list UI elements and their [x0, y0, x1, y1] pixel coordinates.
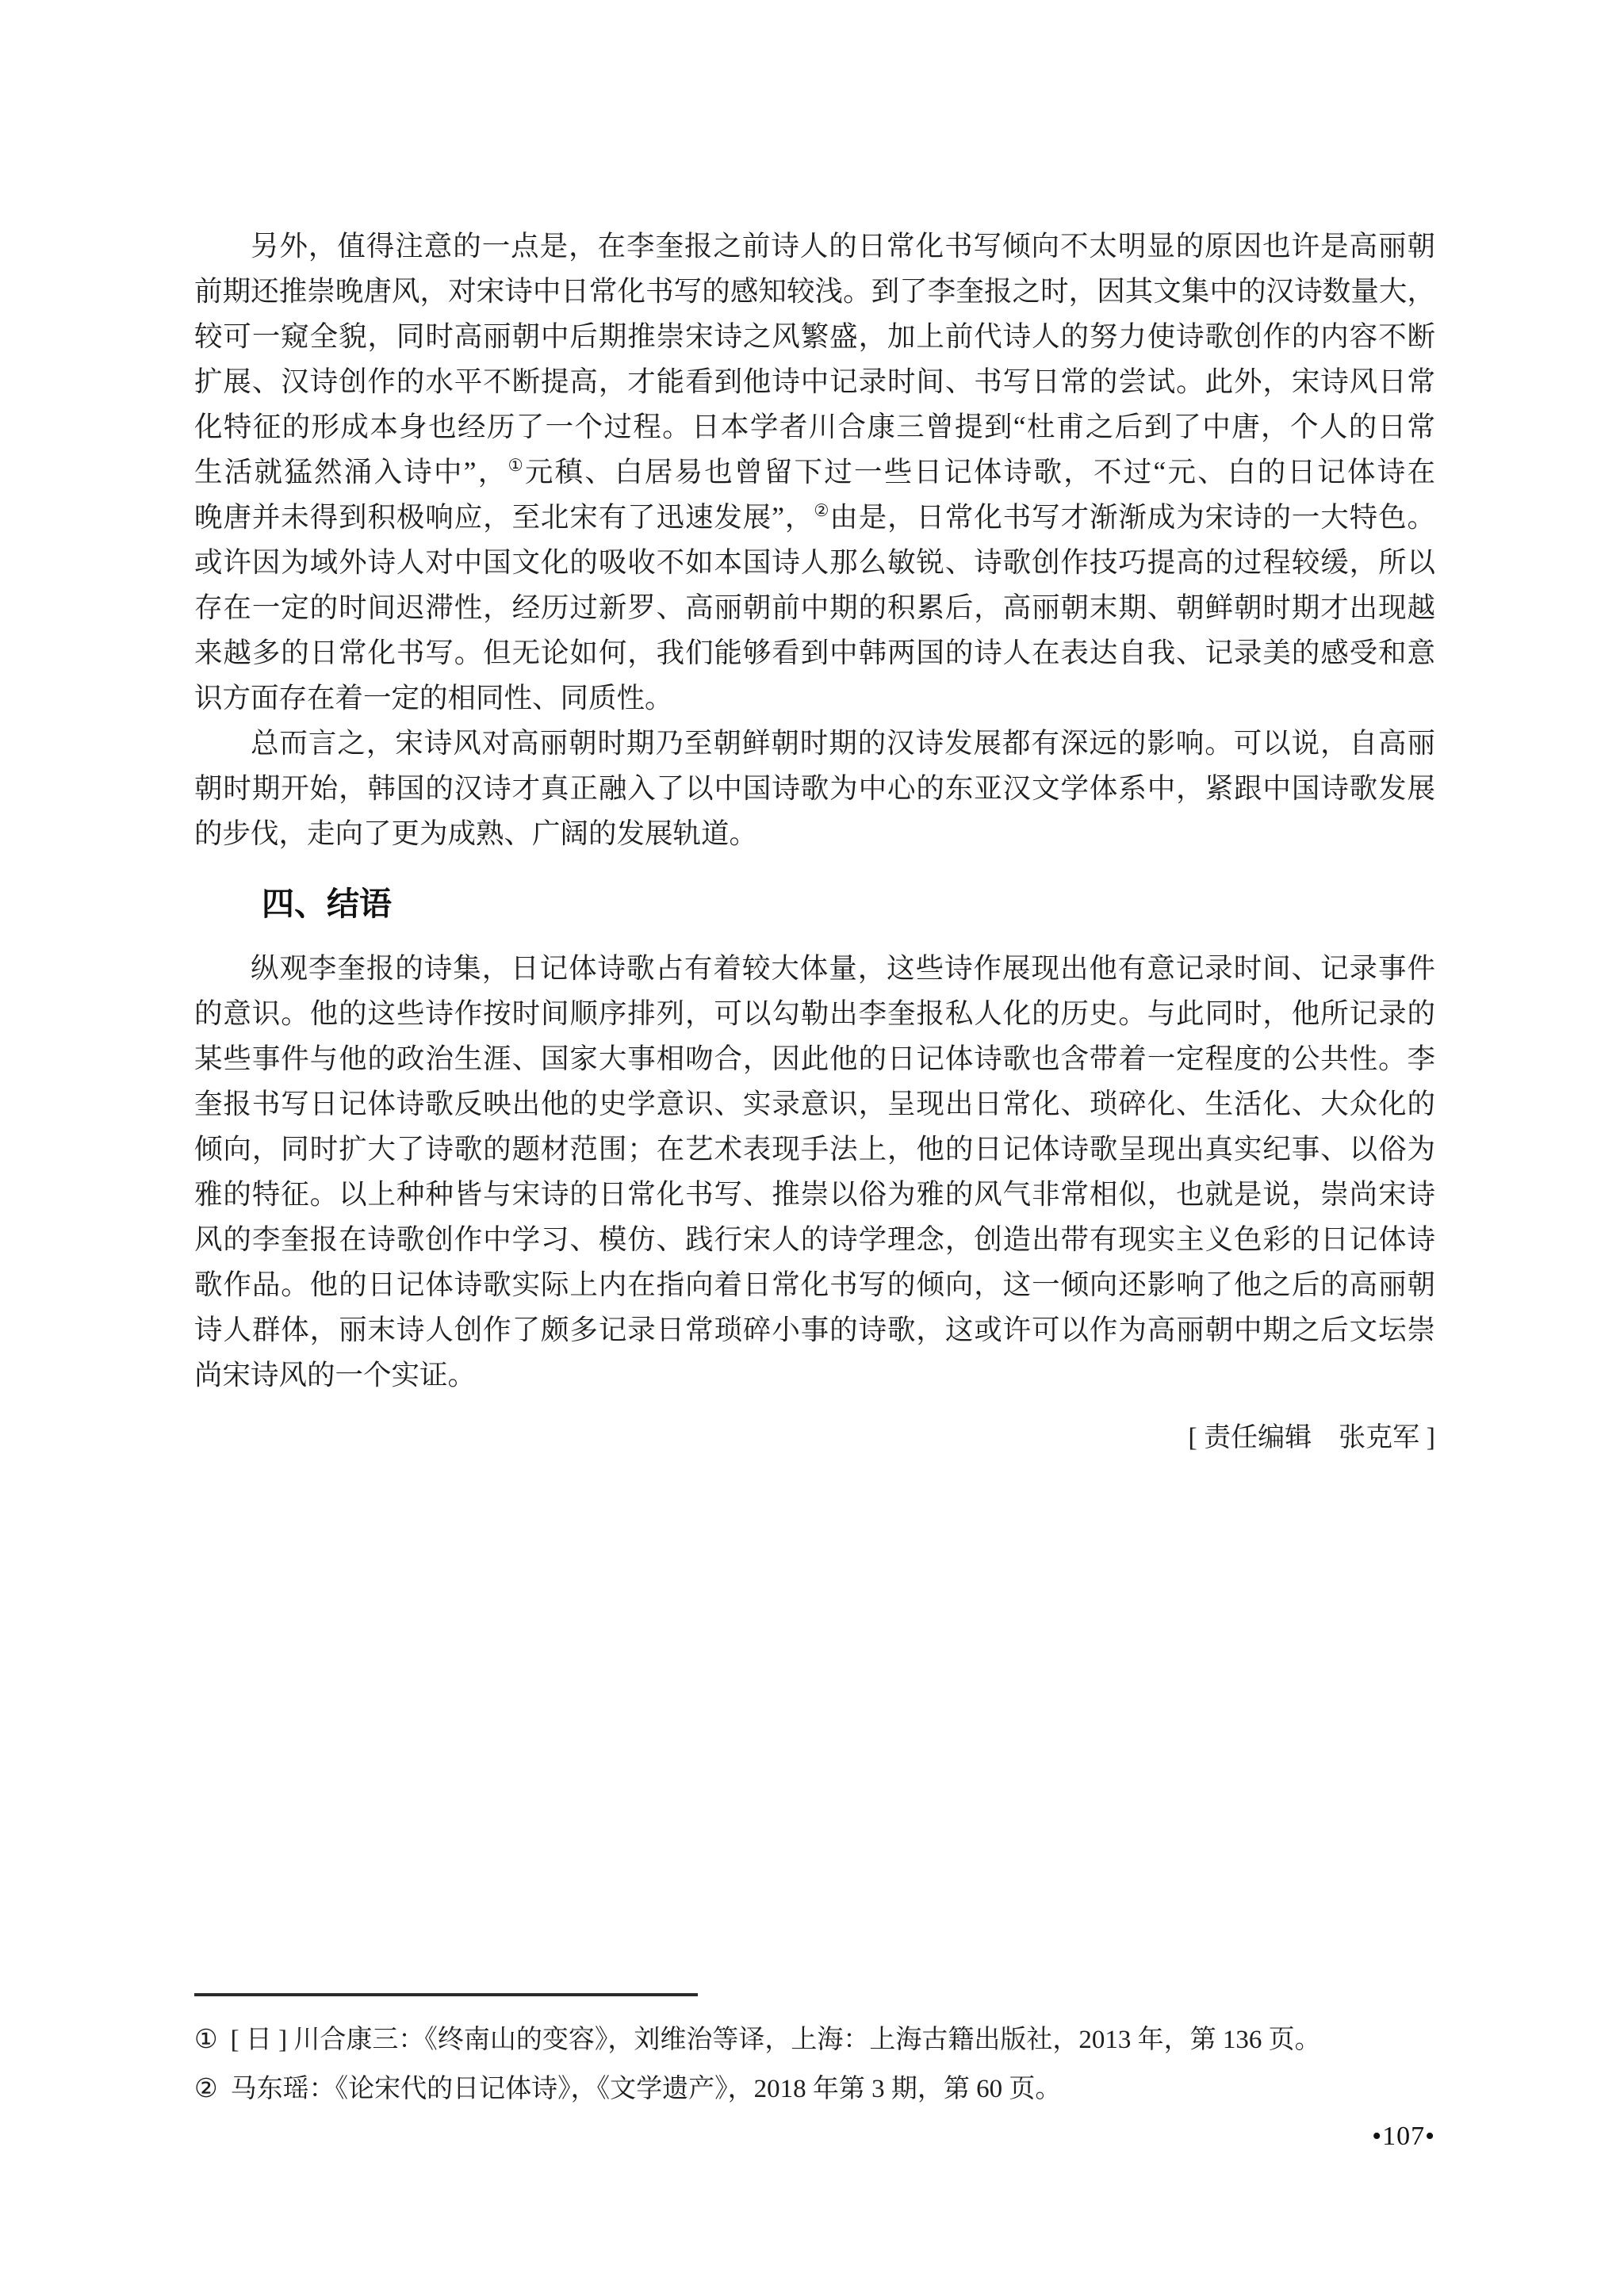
- body-line: 倾向，同时扩大了诗歌的题材范围；在艺术表现手法上，他的日记体诗歌呈现出真实纪事、…: [194, 1127, 1435, 1172]
- section-heading-conclusion: 四、结语: [262, 882, 1435, 927]
- body-line: 来越多的日常化书写。但无论如何，我们能够看到中韩两国的诗人在表达自我、记录美的感…: [194, 630, 1435, 675]
- body-line: 另外，值得注意的一点是，在李奎报之前诗人的日常化书写倾向不太明显的原因也许是高丽…: [194, 224, 1435, 269]
- footnote-divider: [194, 1993, 698, 1996]
- body-paragraph-2: 总而言之，宋诗风对高丽朝时期乃至朝鲜朝时期的汉诗发展都有深远的影响。可以说，自高…: [194, 721, 1435, 856]
- footnote-text: [ 日 ] 川合康三：《终南山的变容》，刘维治等译，上海：上海古籍出版社，201…: [231, 2015, 1435, 2064]
- body-line: 总而言之，宋诗风对高丽朝时期乃至朝鲜朝时期的汉诗发展都有深远的影响。可以说，自高…: [194, 721, 1435, 766]
- body-paragraph-3: 纵观李奎报的诗集，日记体诗歌占有着较大体量，这些诗作展现出他有意记录时间、记录事…: [194, 946, 1435, 1398]
- body-line: 生活就猛然涌入诗中”，①元稹、白居易也曾留下过一些日记体诗歌，不过“元、白的日记…: [194, 450, 1435, 495]
- body-line: 较可一窥全貌，同时高丽朝中后期推崇宋诗之风繁盛，加上前代诗人的努力使诗歌创作的内…: [194, 314, 1435, 359]
- body-line: 或许因为域外诗人对中国文化的吸收不如本国诗人那么敏锐、诗歌创作技巧提高的过程较缓…: [194, 540, 1435, 585]
- document-page: 另外，值得注意的一点是，在李奎报之前诗人的日常化书写倾向不太明显的原因也许是高丽…: [0, 0, 1624, 2296]
- body-line: 尚宋诗风的一个实证。: [194, 1353, 1435, 1398]
- body-line: 歌作品。他的日记体诗歌实际上内在指向着日常化书写的倾向，这一倾向还影响了他之后的…: [194, 1262, 1435, 1307]
- body-line: 存在一定的时间迟滞性，经历过新罗、高丽朝前中期的积累后，高丽朝末期、朝鲜朝时期才…: [194, 585, 1435, 630]
- body-line: 的步伐，走向了更为成熟、广阔的发展轨道。: [194, 811, 1435, 856]
- body-line: 诗人群体，丽末诗人创作了颇多记录日常琐碎小事的诗歌，这或许可以作为高丽朝中期之后…: [194, 1307, 1435, 1353]
- footnote: ② 马东瑶：《论宋代的日记体诗》，《文学遗产》，2018 年第 3 期，第 60…: [194, 2064, 1435, 2114]
- footnotes-section: ① [ 日 ] 川合康三：《终南山的变容》，刘维治等译，上海：上海古籍出版社，2…: [194, 1993, 1435, 2114]
- body-line: 风的李奎报在诗歌创作中学习、模仿、践行宋人的诗学理念，创造出带有现实主义色彩的日…: [194, 1217, 1435, 1262]
- editor-credit: [ 责任编辑 张克军 ]: [194, 1415, 1435, 1460]
- line-text: 晚唐并未得到积极响应，至北宋有了迅速发展”，: [194, 501, 814, 533]
- body-line: 纵观李奎报的诗集，日记体诗歌占有着较大体量，这些诗作展现出他有意记录时间、记录事…: [194, 946, 1435, 991]
- body-line: 化特征的形成本身也经历了一个过程。日本学者川合康三曾提到“杜甫之后到了中唐，个人…: [194, 404, 1435, 450]
- line-text: 元稹、白居易也曾留下过一些日记体诗歌，不过“元、白的日记体诗在: [525, 456, 1435, 488]
- body-line: 扩展、汉诗创作的水平不断提高，才能看到他诗中记录时间、书写日常的尝试。此外，宋诗…: [194, 359, 1435, 404]
- footnote: ① [ 日 ] 川合康三：《终南山的变容》，刘维治等译，上海：上海古籍出版社，2…: [194, 2015, 1435, 2064]
- footnote-marker: ②: [194, 2064, 218, 2114]
- footnote-ref-1: ①: [507, 456, 524, 475]
- line-text: 生活就猛然涌入诗中”，: [194, 456, 507, 488]
- footnote-marker: ①: [194, 2015, 218, 2064]
- body-line: 识方面存在着一定的相同性、同质性。: [194, 675, 1435, 721]
- footnote-ref-2: ②: [814, 501, 829, 520]
- body-line: 雅的特征。以上种种皆与宋诗的日常化书写、推崇以俗为雅的风气非常相似，也就是说，崇…: [194, 1172, 1435, 1217]
- body-line: 朝时期开始，韩国的汉诗才真正融入了以中国诗歌为中心的东亚汉文学体系中，紧跟中国诗…: [194, 766, 1435, 811]
- body-paragraph-1: 另外，值得注意的一点是，在李奎报之前诗人的日常化书写倾向不太明显的原因也许是高丽…: [194, 224, 1435, 721]
- page-number: •107•: [1372, 2122, 1435, 2152]
- footnote-text: 马东瑶：《论宋代的日记体诗》，《文学遗产》，2018 年第 3 期，第 60 页…: [231, 2064, 1435, 2114]
- body-text: 另外，值得注意的一点是，在李奎报之前诗人的日常化书写倾向不太明显的原因也许是高丽…: [194, 224, 1435, 1460]
- body-line: 晚唐并未得到积极响应，至北宋有了迅速发展”，②由是，日常化书写才渐渐成为宋诗的一…: [194, 495, 1435, 540]
- body-line: 某些事件与他的政治生涯、国家大事相吻合，因此他的日记体诗歌也含带着一定程度的公共…: [194, 1036, 1435, 1081]
- body-line: 前期还推崇晚唐风，对宋诗中日常化书写的感知较浅。到了李奎报之时，因其文集中的汉诗…: [194, 269, 1435, 314]
- body-line: 奎报书写日记体诗歌反映出他的史学意识、实录意识，呈现出日常化、琐碎化、生活化、大…: [194, 1081, 1435, 1127]
- body-line: 的意识。他的这些诗作按时间顺序排列，可以勾勒出李奎报私人化的历史。与此同时，他所…: [194, 991, 1435, 1036]
- line-text: 由是，日常化书写才渐渐成为宋诗的一大特色。: [829, 501, 1435, 533]
